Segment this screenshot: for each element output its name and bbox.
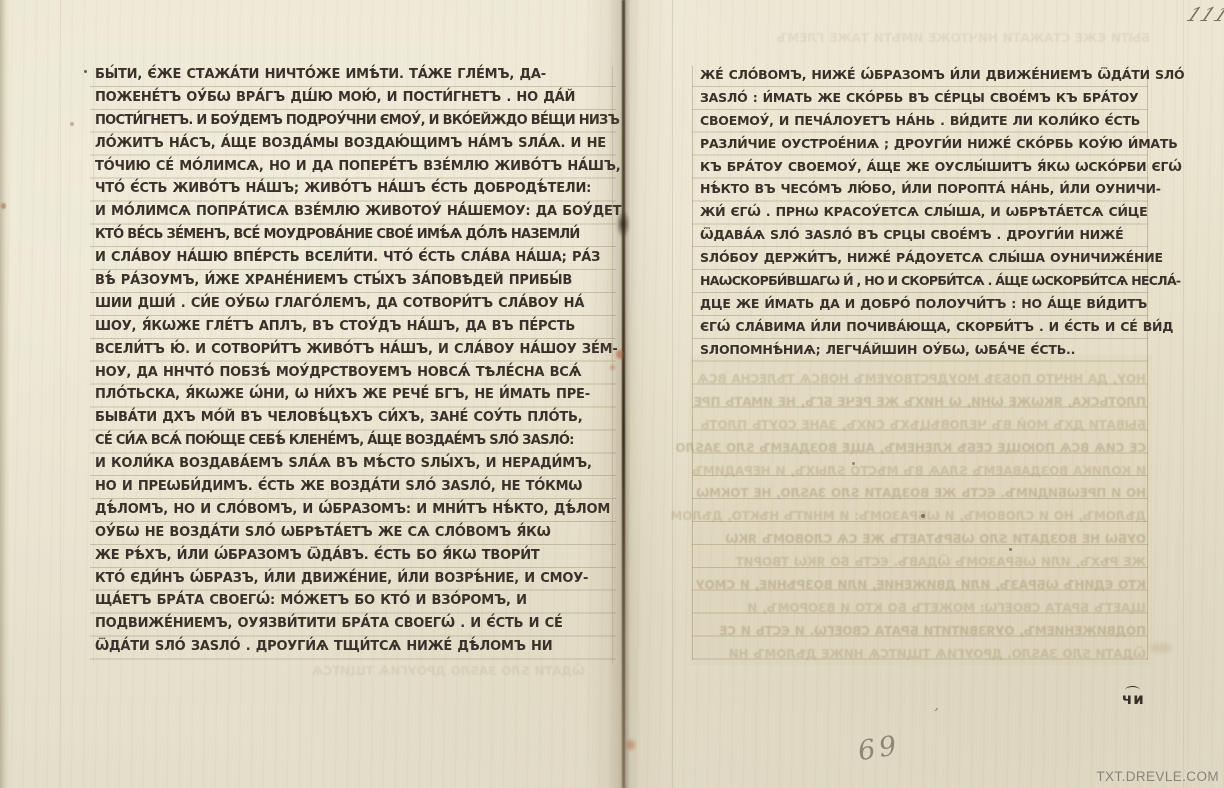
- page-crease: [672, 0, 673, 788]
- manuscript-line: ЖЕ РѢ́ХЪ, И́ЛИ Ѡ́БРАЗОМЪ ѾДА́ВЪ. Є́СТЬ Б…: [95, 545, 615, 568]
- bleedthrough-line: ѾДАТИ ЅЛО ЗАЅЛО ДРОУГИѦ ТЩИТСѦ: [185, 660, 585, 683]
- red-stain: [616, 350, 624, 359]
- ink-speck: [1009, 548, 1012, 551]
- manuscript-line: ДѢ́ЛОМЪ, НО И СЛО́ВОМЪ, И Ѡ́БРАЗОМЪ: И М…: [95, 499, 615, 522]
- bleedthrough-line: КТО ЄДИНЪ ѠБРАЗЪ, ИЛИ ДВИЖЕНИЕ, ИЛИ ВОЗР…: [696, 574, 1146, 597]
- manuscript-line: РАЗЛИ́ЧИЕ ОУСТРОЕ́НИѦ ; ДРОУГИ́И НИЖЕ́ С…: [700, 133, 1150, 156]
- left-page-text: БЫ́ТИ, Є́ЖЕ СТАЖА́ТИ НИЧТО́ЖЕ ИМѢ́ТИ. ТА…: [95, 64, 615, 659]
- manuscript-line: ТО́ЧИЮ СЕ́ МО́ЛИМСѦ, НО И ДА ПОПЕРЕ́ТЪ В…: [95, 156, 615, 179]
- manuscript-line: КТО́ ВЕ́СЬ ЗЕ́МЕНЪ, ВСЕ́ МОУДРОВА́НИЕ СВ…: [95, 224, 615, 247]
- ink-speck: [921, 514, 925, 518]
- titlo-mark: [1125, 686, 1140, 692]
- bleedthrough-line: ОУБѠ НЕ ВОЗДАТИ ЅЛО ѠБРѢТАЕТЪ ЖЕ СѦ СЛОВ…: [696, 528, 1146, 551]
- bleedthrough-line: ѾДАТИ ЅЛО ЗАЅЛО. ДРОУГИѦ ТЩИТСѦ НИЖЕ ДѢЛ…: [696, 643, 1146, 666]
- manuscript-line: БЫ́ТИ, Є́ЖЕ СТАЖА́ТИ НИЧТО́ЖЕ ИМѢ́ТИ. ТА…: [95, 64, 615, 87]
- manuscript-line: НѢ́КТО ВЪ ЧЕСО́МЪ ЛЮ́БО, И́ЛИ ПОРОПТА́ Н…: [700, 178, 1150, 201]
- bleedthrough-line: СЕ СИѦ ВСѦ ПОЮЩЕ СЕБѢ КЛЕНЕМЪ, АЩЕ ВОЗДА…: [696, 437, 1146, 460]
- red-stain: [626, 740, 635, 750]
- left-page-edge: [0, 0, 10, 788]
- red-stain: [1, 203, 6, 209]
- manuscript-scan: БЫТИ ЄЖЕ СТАЖАТИ НИЧТОЖЕ ИМѢТИ ТАЖЕ ГЛЕМ…: [0, 0, 1224, 788]
- page-crease: [1183, 0, 1184, 788]
- manuscript-line: ШОУ, Я́КѠЖЕ ГЛЕ́ТЪ АПЛЪ, ВЪ СТОУ́ДЪ НА́Ш…: [95, 316, 615, 339]
- folio-number-cyrillic: чи: [1122, 690, 1145, 708]
- folio-cyrillic-text: чи: [1122, 690, 1145, 708]
- left-page-left-rule: [93, 66, 94, 664]
- manuscript-line: ЛО́ЖИТЪ НА́СЪ, А́ЩЕ ВОЗДА́МЫ ВОЗДАЮ́ЩИМЪ…: [95, 133, 615, 156]
- paper-speck: [70, 122, 74, 126]
- folio-number-pencil: 111.: [1183, 4, 1224, 26]
- watermark-text: TXT.DREVLE.COM: [1096, 769, 1219, 784]
- manuscript-line: ВѢ́ РА́ЗОУМЪ, И́ЖЕ ХРАНЕ́НИЕМЪ СТЫ́ХЪ ЗА…: [95, 270, 615, 293]
- manuscript-line: БЫВА́ТИ ДХЪ МО́Й ВЪ ЧЕЛОВѢ́ЦѢХЪ СИ́ХЪ, З…: [95, 407, 615, 430]
- manuscript-line: ЄГѠ́ СЛА́ВИМА И́ЛИ ПОЧИВА́ЮЩА, СКОРБИ́ТЪ…: [700, 316, 1150, 339]
- manuscript-line: КТО́ ЄДИ́НЪ Ѡ́БРАЗЪ, И́ЛИ ДВИЖЕ́НИЕ, И́Л…: [95, 568, 615, 591]
- manuscript-line: ВСЕЛИ́ТЪ Ю́. И СОТВОРИ́ТЪ ЖИВО́ТЪ НА́ШЪ,…: [95, 339, 615, 362]
- manuscript-line: ЅЛОПОМНѢ́НИѦ; ЛЕГЧА́ЙШИН ОУ́БѠ, ѠБА́ЧЕ Є…: [700, 339, 1150, 362]
- manuscript-line: ОУ́БѠ НЕ ВОЗДА́ТИ ЅЛО́ ѠБРѢТА́ЕТЪ ЖЕ СѦ …: [95, 522, 615, 545]
- right-page-left-rule: [692, 66, 693, 660]
- manuscript-line: ЖЕ́ СЛО́ВОМЪ, НИЖЕ́ Ѡ́БРАЗОМЪ И́ЛИ ДВИЖЕ…: [700, 64, 1150, 87]
- bleedthrough-line: ЩАЕТЪ БРАТА СВОЕГѠ: МОЖЕТЪ БО КТО И ВЗОР…: [696, 597, 1146, 620]
- manuscript-line: ПОЖЕНЕ́ТЪ ОУ́БѠ ВРА́ГЪ ДШ́Ю МОЮ́, И ПОСТ…: [95, 87, 615, 110]
- bleedthrough-line: ПЛОТЬСКА, ЯКѠЖЕ ѠНИ, Ѡ НИХЪ ЖЕ РЕЧЕ БГЪ,…: [696, 391, 1146, 414]
- manuscript-line: НО И ПРЕѠБИ́ДИМЪ. Є́СТЬ ЖЕ ВОЗДА́ТИ ЅЛО́…: [95, 476, 615, 499]
- bleedthrough-line: НОУ, ДА ННЧТО ПОБЗѢ МОУДРСТВОУЕМЪ НОВСѦ …: [696, 368, 1146, 391]
- manuscript-line: ПОДВИЖЕ́НИЕМЪ, ОУЯЗВИ́ТИТИ БРА́ТА СВОЕГѠ…: [95, 613, 615, 636]
- ink-blot: [616, 210, 630, 238]
- bleedthrough-line: БЫВАТИ ДХЪ МОЙ ВЪ ЧЕЛОВѢЦѢХЪ СИХЪ, ЗАНЕ …: [696, 414, 1146, 437]
- manuscript-line: НОУ, ДА ННЧТО́ ПОБЗѢ́ МОУ́ДРСТВОУЕМЪ НОВ…: [95, 362, 615, 385]
- manuscript-line: НАѠСКОРБИ́ВШАГѠ И́ , НО И СКОРБИ́ТСѦ . А…: [700, 270, 1150, 293]
- right-page-text: ЖЕ́ СЛО́ВОМЪ, НИЖЕ́ Ѡ́БРАЗОМЪ И́ЛИ ДВИЖЕ…: [700, 64, 1150, 362]
- pencil-tick-mark: ’: [931, 706, 939, 723]
- gutter-shadow: [584, 0, 670, 788]
- manuscript-line: ЗАЅЛО́ : И́МАТЬ ЖЕ СКО́РБЬ ВЪ СЕ́РЦЫ СВО…: [700, 87, 1150, 110]
- gutter-line: [622, 0, 625, 788]
- manuscript-line: ШИИ ДШИ́ . СИ́Е ОУ́БѠ ГЛАГО́ЛЕМЪ, ДА СОТ…: [95, 293, 615, 316]
- ink-speck: [852, 462, 855, 465]
- bleedthrough-line: БЫТИ ЄЖЕ СТАЖАТИ НИЧТОЖЕ ИМѢТИ ТАЖЕ ГЛЕМ…: [700, 27, 1150, 50]
- paper-stain: [1150, 643, 1172, 653]
- manuscript-line: ПОСТИ́ГНЕТЪ. И БОУ́ДЕМЪ ПОДРОУ́ЧНИ ЄМОУ́…: [95, 110, 615, 133]
- bleedthrough-line: И КОЛИКА ВОЗДАВАЕМЪ ЅЛАѦ ВЪ МѢСТО ЅЛЫХЪ,…: [696, 460, 1146, 483]
- manuscript-line: И СЛА́ВОУ НА́ШЮ ВПЕ́РСТЬ ВСЕЛИ́ТИ. ЧТО́ …: [95, 247, 615, 270]
- red-stain: [610, 365, 615, 370]
- page-crease: [60, 0, 61, 788]
- manuscript-line: СЕ́ СИ́Ѧ ВСѦ́ ПОЮ́ЩЕ СЕБѢ́ КЛЕНЕ́МЪ, А́Щ…: [95, 430, 615, 453]
- ink-speck: [84, 70, 87, 73]
- manuscript-line: ѾДАВА́Ѧ ЅЛО́ ЗАЅЛО́ ВЪ СРЦЫ СВОЕ́МЪ . ДР…: [700, 224, 1150, 247]
- manuscript-line: ЧТО́ Є́СТЬ ЖИВО́ТЪ НА́ШЪ; ЖИВО́ТЪ НА́ШЪ …: [95, 178, 615, 201]
- manuscript-line: СВОЕМОУ́, И ПЕЧА́ЛОУЕТЪ НА́НЬ . ВИ́ДИТЕ …: [700, 110, 1150, 133]
- page-number-pencil: 69: [856, 730, 903, 767]
- manuscript-line: ѾДА́ТИ ЅЛО́ ЗАЅЛО́ . ДРОУГИ́Ѧ ТЩИ́ТСѦ НИ…: [95, 636, 615, 659]
- manuscript-line: ЩА́ЕТЪ БРА́ТА СВОЕГѠ́: МО́ЖЕТЪ БО КТО́ И…: [95, 590, 615, 613]
- bleedthrough-line: ЖЕ РѢХЪ, ИЛИ ѠБРАЗОМЪ ѾДАВЪ. ЄСТЬ БО ЯКѠ…: [696, 551, 1146, 574]
- bleedthrough-line: ПОДВИЖЕНИЕМЪ, ОУЯЗВИТИТИ БРАТА СВОЕГѠ. И…: [696, 620, 1146, 643]
- manuscript-line: И МО́ЛИМСѦ ПОПРА́ТИСѦ ВЗЕ́МЛЮ ЖИВОТОУ́ Н…: [95, 201, 615, 224]
- manuscript-line: ЖИ́ ЄГѠ́ . ПРНѠ КРАСОУ́ЕТСѦ СЛЫ́ША, И ѠБ…: [700, 201, 1150, 224]
- bleedthrough-line: НО И ПРЕѠБИДИМЪ. ЄСТЬ ЖЕ ВОЗДАТИ ЅЛО ЗАЅ…: [696, 482, 1146, 505]
- manuscript-line: ДЦЕ ЖЕ И́МАТЬ ДА И ДОБРО́ ПОЛОУЧИ́ТЪ : Н…: [700, 293, 1150, 316]
- manuscript-line: ПЛО́ТЬСКА, Я́КѠЖЕ Ѡ́НИ, Ѡ НИ́ХЪ ЖЕ РЕЧЕ́…: [95, 384, 615, 407]
- manuscript-line: И КОЛИ́КА ВОЗДАВА́ЕМЪ ЅЛА́Ѧ ВЪ МѢ́СТО ЅЛ…: [95, 453, 615, 476]
- manuscript-line: ЅЛО́БОУ ДЕРЖИ́ТЪ, НИЖЕ́ РА́ДОУЕТСѦ СЛЫ́Ш…: [700, 247, 1150, 270]
- manuscript-line: КЪ БРА́ТОУ СВОЕМОУ́, А́ЩЕ ЖЕ ОУСЛЫ́ШИТЪ …: [700, 156, 1150, 179]
